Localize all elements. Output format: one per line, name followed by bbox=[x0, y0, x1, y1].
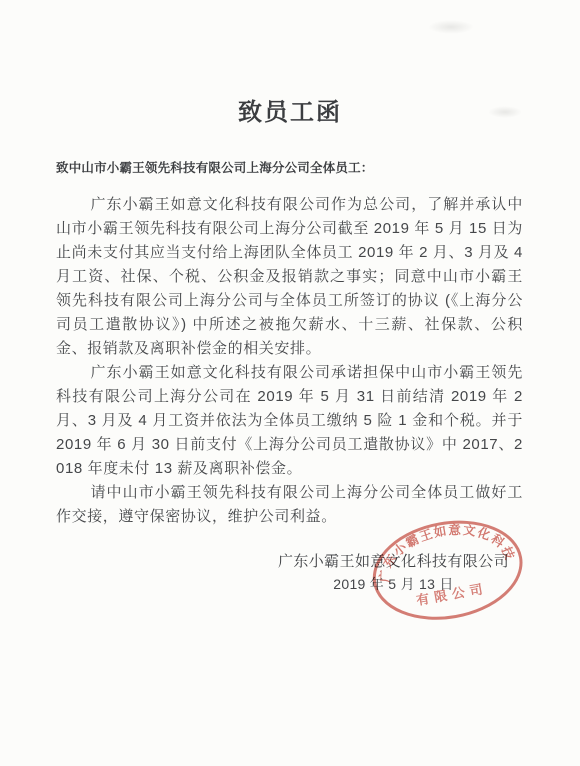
paragraph-2: 广东小霸王如意文化科技有限公司承诺担保中山市小霸王领先科技有限公司上海分公司在 … bbox=[56, 361, 523, 481]
paragraph-1: 广东小霸王如意文化科技有限公司作为总公司，了解并承认中山市小霸王领先科技有限公司… bbox=[56, 193, 523, 361]
letter-body: 致中山市小霸王领先科技有限公司上海分公司全体员工： 广东小霸王如意文化科技有限公… bbox=[0, 159, 580, 595]
scan-artifact bbox=[428, 20, 474, 34]
salutation-line: 致中山市小霸王领先科技有限公司上海分公司全体员工： bbox=[56, 159, 523, 177]
signature-date: 2019 年 5 月 13 日 bbox=[278, 573, 509, 595]
signature-block: 广东小霸王如意文化科技有限公司 2019 年 5 月 13 日 bbox=[278, 551, 509, 595]
scanned-letter-page: 致员工函 致中山市小霸王领先科技有限公司上海分公司全体员工： 广东小霸王如意文化… bbox=[0, 0, 580, 766]
scan-artifact bbox=[488, 106, 522, 118]
signature-company-name: 广东小霸王如意文化科技有限公司 bbox=[278, 551, 509, 573]
paragraph-3: 请中山市小霸王领先科技有限公司上海分公司全体员工做好工作交接，遵守保密协议，维护… bbox=[56, 481, 523, 529]
